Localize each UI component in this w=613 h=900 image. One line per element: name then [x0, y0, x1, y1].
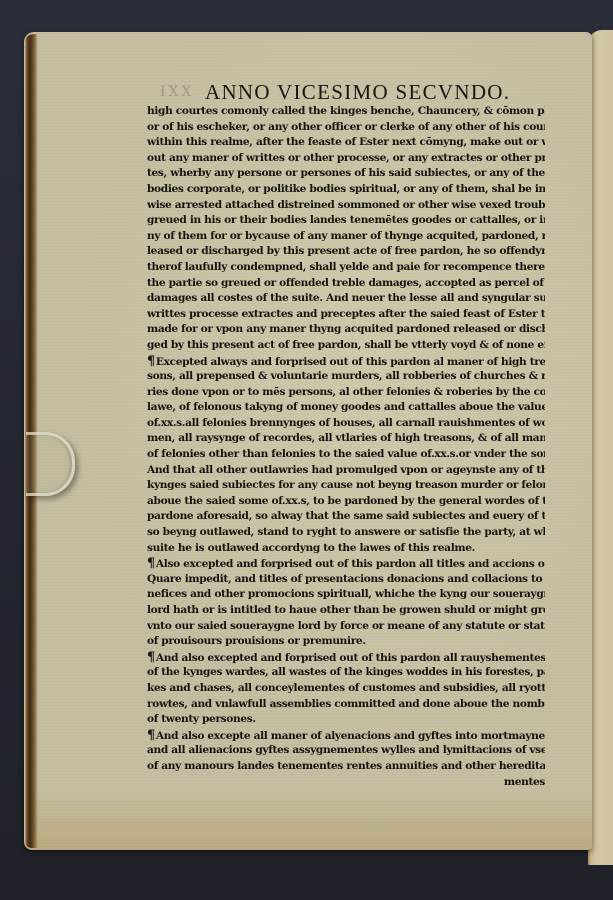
text-line: leased or discharged by this present act… [147, 244, 545, 260]
text-line-content: suite he is outlawed accordyng to the la… [147, 542, 475, 554]
text-line-content: high courtes comonly called the kinges b… [147, 105, 545, 117]
text-line-content: tes, wherby any persone or persones of h… [147, 167, 545, 179]
text-line: tes, wherby any persone or persones of h… [147, 166, 545, 182]
text-line-content: nefices and other promocions spirituall,… [147, 588, 545, 600]
catchword: mentes [147, 775, 545, 791]
text-line-content: ged by this present act of free pardon, … [147, 339, 545, 351]
text-line-content: writtes processe extractes and preceptes… [147, 308, 545, 320]
text-line-content: Also excepted and forprised out of this … [156, 558, 545, 570]
text-line: lawe, of felonous takyng of money goodes… [147, 400, 545, 416]
text-line: nefices and other promocions spirituall,… [147, 587, 545, 603]
text-line-content: and all alienacions gyftes assygnementes… [147, 744, 545, 756]
text-line: ¶Also excepted and forprised out of this… [147, 556, 545, 572]
text-line: ny of them for or bycause of any maner o… [147, 229, 545, 245]
text-line: wise arrested attached distreined sommon… [147, 198, 545, 214]
text-line: suite he is outlawed accordyng to the la… [147, 541, 545, 557]
text-line-content: of the kynges wardes, all wastes of the … [147, 666, 545, 678]
text-line: ¶And also excepted and forprised out of … [147, 650, 545, 666]
text-line-content: of.xx.s.all felonies brennynges of house… [147, 417, 545, 429]
text-line: bodies corporate, or politike bodies spi… [147, 182, 545, 198]
text-line: lord hath or is intitled to haue other t… [147, 603, 545, 619]
text-line-content: lord hath or is intitled to haue other t… [147, 604, 545, 616]
text-line-content: And that all other outlawries had promul… [147, 464, 545, 476]
text-line: ¶And also excepte all maner of alyenacio… [147, 728, 545, 744]
pilcrow-icon: ¶ [147, 728, 155, 743]
text-line-content: ny of them for or bycause of any maner o… [147, 230, 545, 242]
text-line-content: bodies corporate, or politike bodies spi… [147, 183, 545, 195]
text-line-content: leased or discharged by this present act… [147, 245, 545, 257]
text-line: and all alienacions gyftes assygnementes… [147, 743, 545, 759]
text-line-content: wise arrested attached distreined sommon… [147, 199, 545, 211]
text-line: pardone aforesaid, so alway that the sam… [147, 509, 545, 525]
bleed-through-text: ghyio [148, 700, 176, 711]
text-line-content: sons, all prepensed & voluntarie murders… [147, 370, 545, 382]
text-line-content: damages all costes of the suite. And neu… [147, 292, 545, 304]
text-line-content: out any maner of writtes or other proces… [147, 152, 545, 164]
bleed-through-text: ·m.ɔɔ [268, 700, 295, 711]
text-line-content: of any manours landes tenementes rentes … [147, 760, 545, 772]
text-line-content: kynges saied subiectes for any cause not… [147, 479, 545, 491]
text-line-content: so beyng outlawed, stand to ryght to ans… [147, 526, 545, 538]
text-line: of.xx.s.all felonies brennynges of house… [147, 416, 545, 432]
text-line: of the kynges wardes, all wastes of the … [147, 665, 545, 681]
text-line: sons, all prepensed & voluntarie murders… [147, 369, 545, 385]
text-line-content: Quare impedit, and titles of presentacio… [147, 573, 545, 585]
text-line-content: And also excepted and forprised out of t… [156, 652, 545, 664]
text-line: Quare impedit, and titles of presentacio… [147, 572, 545, 588]
text-line-content: ries done vpon or to mēs persons, al oth… [147, 386, 545, 398]
folio-bleed-through: IXX [160, 84, 194, 100]
text-line: And that all other outlawries had promul… [147, 463, 545, 479]
text-line: made for or vpon any maner thyng acquite… [147, 322, 545, 338]
text-line: or of his escheker, or any other officer… [147, 120, 545, 136]
text-line: kes and chases, all conceylementes of cu… [147, 681, 545, 697]
text-line-content: of prouisours prouisions or premunire. [147, 635, 366, 647]
text-line-content: or of his escheker, or any other officer… [147, 121, 545, 133]
text-line-content: pardone aforesaid, so alway that the sam… [147, 510, 545, 522]
text-line-content: And also excepte all maner of alyenacion… [156, 730, 545, 742]
text-line: ged by this present act of free pardon, … [147, 338, 545, 354]
pilcrow-icon: ¶ [147, 354, 155, 369]
text-line: of any manours landes tenementes rentes … [147, 759, 545, 775]
text-line: ¶Excepted always and forprised out of th… [147, 354, 545, 370]
text-line: vnto our saied soueraygne lord by force … [147, 619, 545, 635]
text-line: aboue the saied some of.xx.s, to be pard… [147, 494, 545, 510]
text-line: damages all costes of the suite. And neu… [147, 291, 545, 307]
text-line: out any maner of writtes or other proces… [147, 151, 545, 167]
text-line-content: rowtes, and vnlawfull assemblies committ… [147, 698, 545, 710]
text-line: of felonies other than felonies to the s… [147, 447, 545, 463]
pilcrow-icon: ¶ [147, 556, 155, 571]
text-line-content: the partie so greued or offended treble … [147, 277, 545, 289]
text-line: the partie so greued or offended treble … [147, 276, 545, 292]
text-line: so beyng outlawed, stand to ryght to ans… [147, 525, 545, 541]
text-line-content: greued in his or their bodies landes ten… [147, 214, 545, 226]
text-line: therof laufully condempned, shall yelde … [147, 260, 545, 276]
text-line: writtes processe extractes and preceptes… [147, 307, 545, 323]
text-line: within this realme, after the feaste of … [147, 135, 545, 151]
text-line-content: kes and chases, all conceylementes of cu… [147, 682, 545, 694]
text-line: of prouisours prouisions or premunire. [147, 634, 545, 650]
text-line-content: therof laufully condempned, shall yelde … [147, 261, 545, 273]
body-text: high courtes comonly called the kinges b… [147, 104, 545, 790]
text-line-content: vnto our saied soueraygne lord by force … [147, 620, 545, 632]
text-line: men, all raysynge of recordes, all vtlar… [147, 431, 545, 447]
text-line: greued in his or their bodies landes ten… [147, 213, 545, 229]
text-line: kynges saied subiectes for any cause not… [147, 478, 545, 494]
text-line-content: men, all raysynge of recordes, all vtlar… [147, 432, 545, 444]
text-line-content: of twenty persones. [147, 713, 256, 725]
text-line: ries done vpon or to mēs persons, al oth… [147, 385, 545, 401]
text-line-content: made for or vpon any maner thyng acquite… [147, 323, 545, 335]
pilcrow-icon: ¶ [147, 650, 155, 665]
text-line-content: within this realme, after the feaste of … [147, 136, 545, 148]
text-line-content: Excepted always and forprised out of thi… [156, 356, 545, 368]
text-line: high courtes comonly called the kinges b… [147, 104, 545, 120]
text-line-content: lawe, of felonous takyng of money goodes… [147, 401, 545, 413]
text-line: rowtes, and vnlawfull assemblies committ… [147, 697, 545, 713]
page-title: ANNO VICESIMO SECVNDO. [205, 80, 510, 105]
text-line: of twenty persones. [147, 712, 545, 728]
text-line-content: aboue the saied some of.xx.s, to be pard… [147, 495, 545, 507]
text-line-content: of felonies other than felonies to the s… [147, 448, 545, 460]
